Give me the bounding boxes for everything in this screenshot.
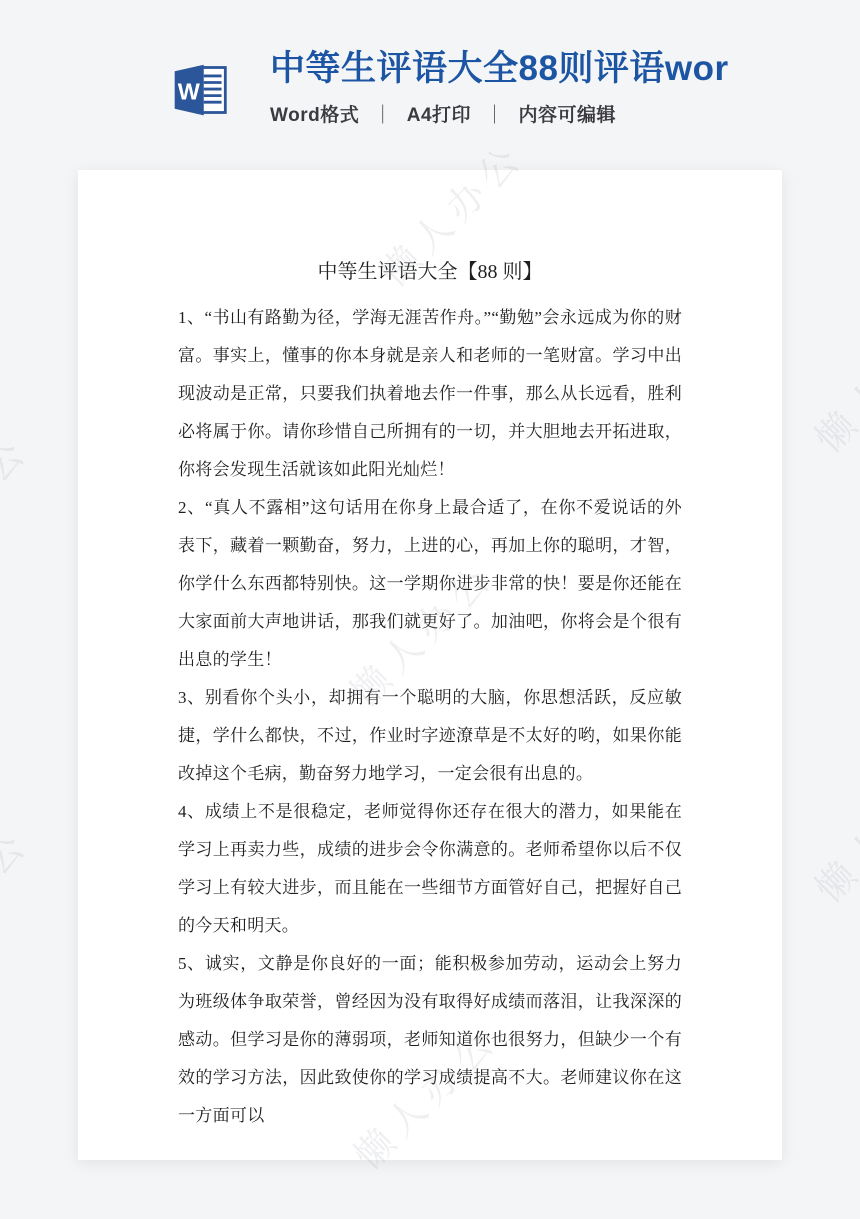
format-a4: A4打印 (407, 105, 471, 126)
header-text-block: 中等生评语大全88则评语wor Word格式｜A4打印｜内容可编辑 (270, 48, 790, 127)
paragraph-1: 1、“书山有路勤为径，学海无涯苦作舟。”“勤勉”会永远成为你的财富。事实上，懂事… (178, 299, 682, 489)
page-title: 中等生评语大全88则评语wor (270, 48, 790, 90)
paragraph-5: 5、诚实，文静是你良好的一面；能积极参加劳动，运动会上努力为班级体争取荣誉，曾经… (178, 945, 682, 1135)
document-page: 中等生评语大全【88 则】 1、“书山有路勤为径，学海无涯苦作舟。”“勤勉”会永… (78, 170, 782, 1160)
paragraph-2: 2、“真人不露相”这句话用在你身上最合适了，在你不爱说话的外表下，藏着一颗勤奋，… (178, 489, 682, 679)
site-header: W 中等生评语大全88则评语wor Word格式｜A4打印｜内容可编辑 (0, 0, 860, 150)
separator: ｜ (373, 105, 393, 126)
svg-text:W: W (178, 78, 201, 104)
paragraph-4: 4、成绩上不是很稳定，老师觉得你还存在很大的潜力，如果能在学习上再卖力些，成绩的… (178, 793, 682, 945)
format-info: Word格式｜A4打印｜内容可编辑 (270, 100, 790, 127)
watermark: 懒人办公 (0, 801, 52, 995)
watermark: 懒人办公 (0, 408, 52, 602)
word-logo-icon: W (170, 60, 230, 120)
watermark: 懒人办公 (788, 281, 860, 475)
paragraph-3: 3、别看你个头小，却拥有一个聪明的大脑，你思想活跃，反应敏捷，学什么都快，不过，… (178, 679, 682, 793)
format-word: Word格式 (270, 105, 359, 126)
format-editable: 内容可编辑 (519, 105, 617, 126)
separator: ｜ (485, 105, 505, 126)
document-title: 中等生评语大全【88 则】 (178, 253, 682, 291)
watermark: 懒人办公 (788, 731, 860, 925)
